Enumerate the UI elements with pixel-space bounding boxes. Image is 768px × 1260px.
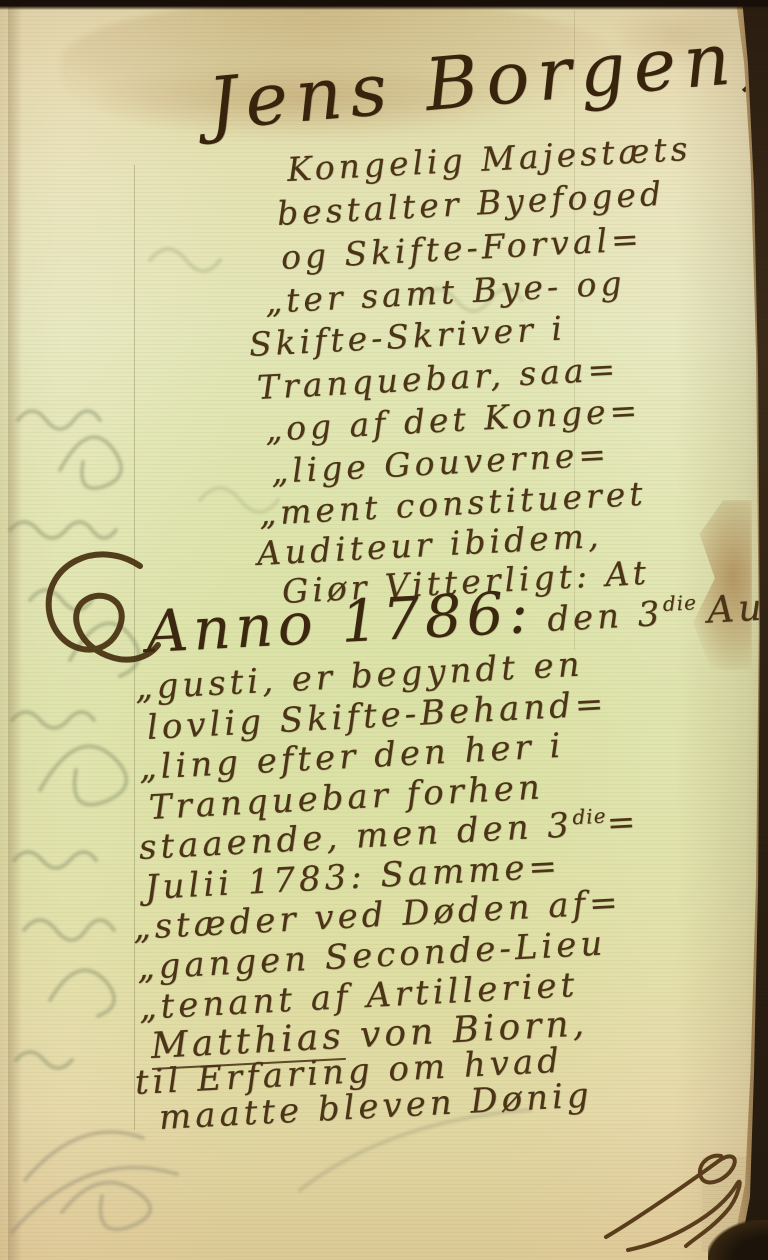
line-break-mark: = [606,802,641,844]
paragraph-flourish [28,548,163,678]
heading-name-line: Jens Borgen, [205,13,768,146]
binding-edge-top [0,0,768,10]
gutter-crease-left [8,0,22,1260]
ordinal-superscript: die [572,804,607,830]
binding-corner-bottom-right [708,1220,768,1260]
anno-ordinal-superscript: die [662,590,697,616]
anno-day: den 3 [546,594,664,640]
manuscript-page-scan: Jens Borgen, Kongelig Majestæts bestalte… [0,0,768,1260]
